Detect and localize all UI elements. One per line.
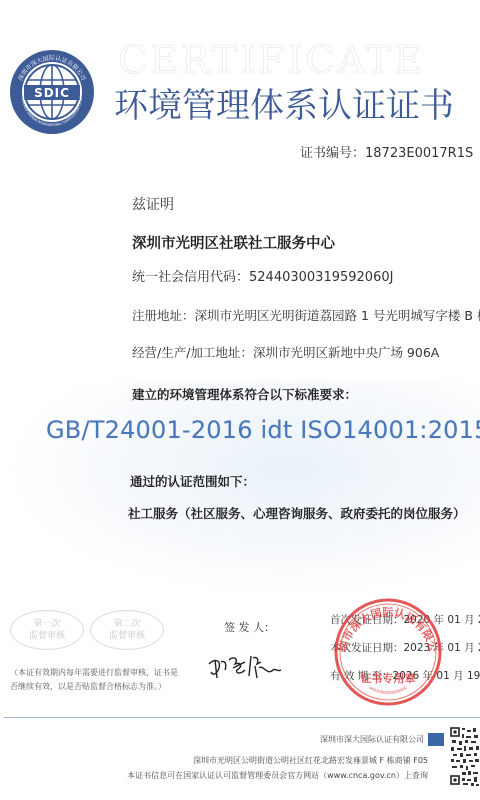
credit-code: 统一社会信用代码：52440300319592060J (132, 266, 393, 285)
credit-code-value: 52440300319592060J (249, 270, 393, 285)
credit-code-label: 统一社会信用代码： (132, 270, 249, 285)
official-seal: 深圳市深大国际认证有限公司 证书专用章 4403000000000000 (332, 596, 444, 708)
second-surveillance-audit-stamp-area: 第二次 监督审核 (90, 610, 164, 650)
operating-address-label: 经营/生产/加工地址： (132, 345, 253, 360)
footer-query-note: 本证书信息可在国家认证认可监督管理委员会官方网站（www.cnca.gov.cn… (127, 770, 428, 781)
organization-name: 深圳市光明区社联社工服务中心 (132, 232, 335, 253)
registered-address: 注册地址：深圳市光明区光明街道荔园路 1 号光明城写字楼 B 栋 302 (132, 306, 480, 324)
footer-address: 深圳市光明区公明街道公明社区红花北路宏发雍景城 F 栋商铺 F05 (193, 755, 428, 766)
registered-address-label: 注册地址： (132, 308, 195, 323)
svg-text:深圳市深大国际认证有限公司: 深圳市深大国际认证有限公司 (332, 596, 440, 654)
red-seal-icon: 深圳市深大国际认证有限公司 证书专用章 4403000000000000 (332, 596, 444, 708)
svg-text:4403000000000000: 4403000000000000 (368, 685, 408, 695)
globe-seal-logo-icon: SDIC 深圳市深大国际认证有限公司 SHENZHEN SHENDA INTER… (8, 48, 96, 136)
validity-note: （本证有效期内每年需要进行监督审核，证书是否继续有效，以是否贴监督合格标志为准。… (10, 666, 185, 694)
qr-code-icon[interactable] (450, 726, 480, 788)
operating-address-value: 深圳市光明区新地中央广场 906A (253, 345, 439, 360)
certificate-watermark: CERTIFICATE (118, 40, 458, 80)
first-surveillance-audit-stamp-area: 第一次 监督审核 (10, 610, 84, 650)
audit-line1: 第一次 (33, 618, 60, 630)
certificate-number: 证书编号：18723E0017R1S (300, 142, 473, 161)
hereby-text: 兹证明 (132, 194, 174, 214)
audit-line1: 第二次 (113, 618, 140, 630)
audit-line2: 监督审核 (29, 630, 65, 642)
operating-address: 经营/生产/加工地址：深圳市光明区新地中央广场 906A (132, 343, 439, 361)
footer-accent-block (428, 733, 444, 746)
registered-address-value: 深圳市光明区光明街道荔园路 1 号光明城写字楼 B 栋 302 (195, 308, 480, 323)
sdic-logo: SDIC 深圳市深大国际认证有限公司 SHENZHEN SHENDA INTER… (8, 48, 96, 136)
certificate-number-label: 证书编号： (300, 146, 365, 161)
signer-label: 签 发 人： (224, 619, 275, 635)
certification-scope: 社工服务（社区服务、心理咨询服务、政府委托的岗位服务） (128, 504, 466, 522)
standard-intro: 建立的环境管理体系符合以下标准要求： (132, 385, 357, 403)
signature (205, 648, 285, 682)
signature-scribble-icon (205, 648, 285, 682)
svg-text:证书专用章: 证书专用章 (361, 671, 416, 685)
footer-divider (4, 717, 480, 718)
svg-text:SDIC: SDIC (34, 86, 70, 100)
standard-code: GB/T24001-2016 idt ISO14001:2015 (46, 414, 480, 446)
certificate-title: 环境管理体系认证证书 (114, 84, 474, 128)
certificate-number-value: 18723E0017R1S (365, 146, 473, 161)
footer-company: 深圳市深大国际认证有限公司 (320, 734, 424, 745)
audit-line2: 监督审核 (109, 630, 145, 642)
background-wash (0, 380, 480, 600)
scope-intro: 通过的认证范围如下： (130, 472, 255, 490)
